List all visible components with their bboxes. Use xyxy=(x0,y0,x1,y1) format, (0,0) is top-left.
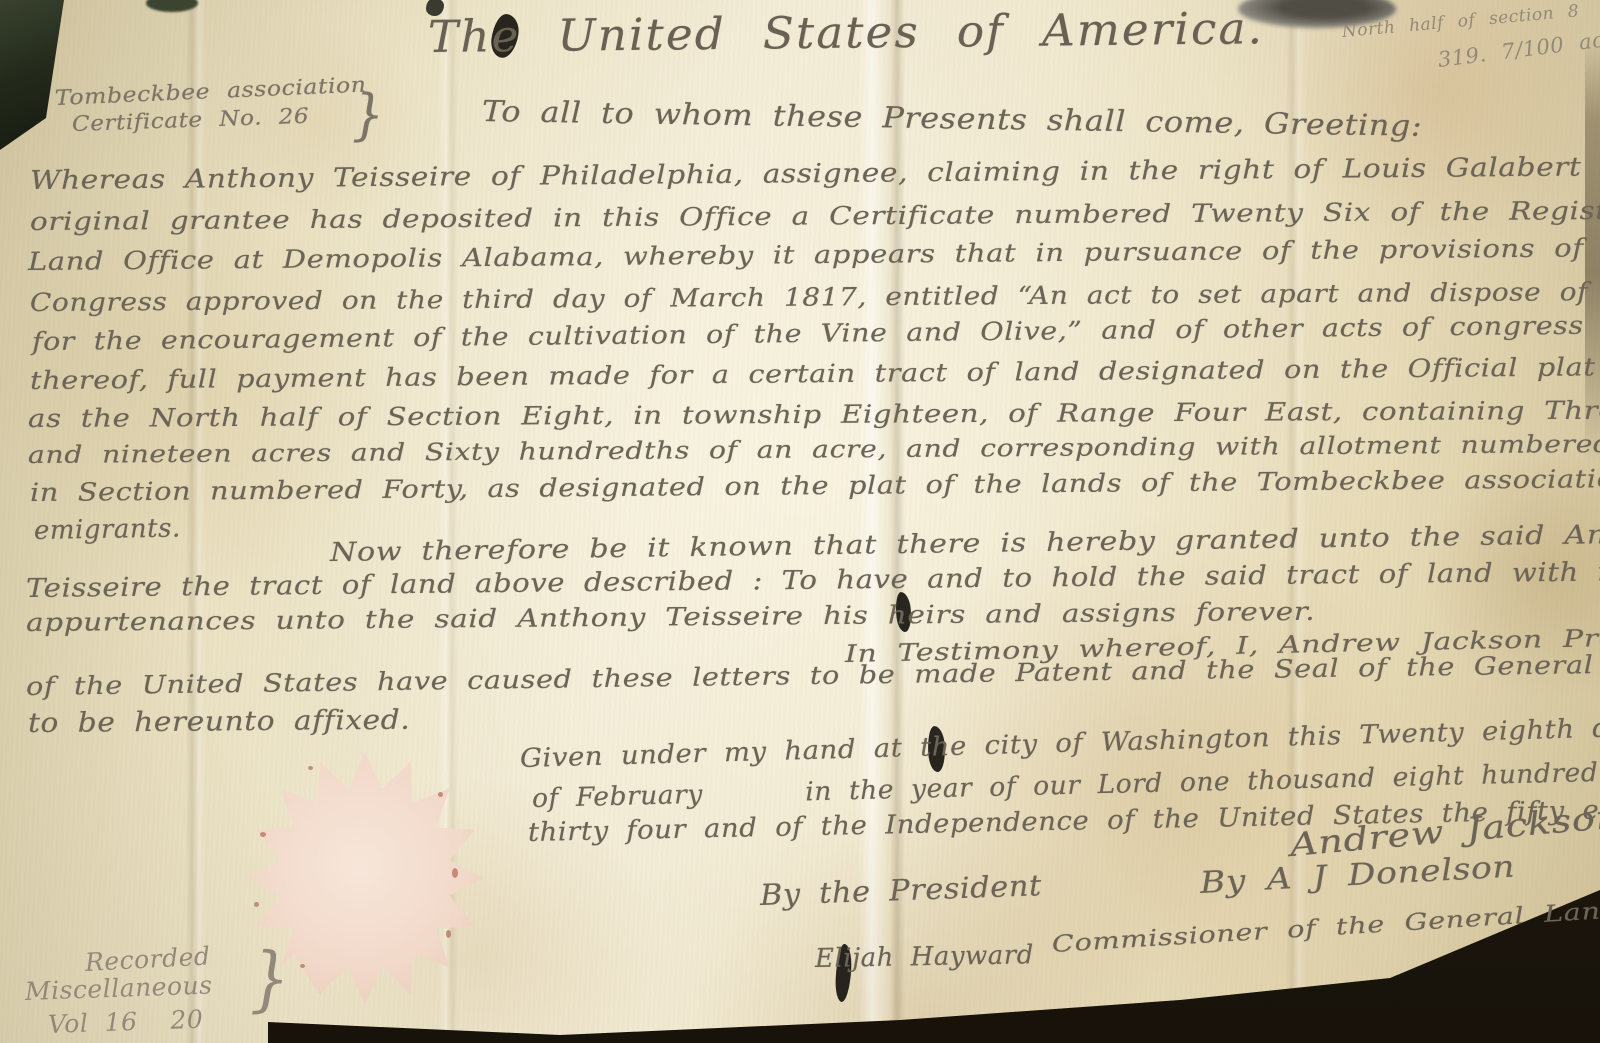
seal-speck xyxy=(254,902,259,907)
seal-speck xyxy=(446,930,451,938)
recording-note-brace: } xyxy=(250,937,290,1021)
document-photo: The United States of America. To all to … xyxy=(0,0,1600,1043)
body-line: to be hereunto affixed. xyxy=(28,705,411,739)
seal-speck xyxy=(260,832,266,837)
commissioner-signature: Elijah Hayward xyxy=(815,940,1034,974)
recording-note-line: Vol 16 20 xyxy=(47,1005,203,1039)
margin-note-brace: } xyxy=(352,83,384,147)
body-line: emigrants. xyxy=(34,513,181,546)
seal-speck xyxy=(452,868,458,878)
seal-speck xyxy=(308,766,313,770)
seal-speck xyxy=(438,792,443,797)
seal-speck xyxy=(300,964,305,968)
document-title: The United States of America. xyxy=(428,3,1265,63)
